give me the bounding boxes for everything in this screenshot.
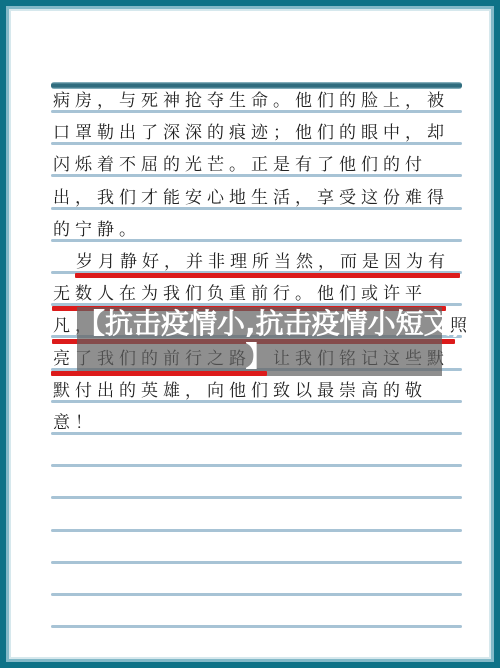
- handwriting-line-3: 闪烁着不屈的光芒。正是有了他们的付: [53, 145, 467, 175]
- ruled-line: [51, 561, 462, 564]
- photo-frame: 病房，与死神抢夺生命。他们的脸上，被 口罩勒出了深深的痕迹；他们的眼中，却 闪烁…: [0, 0, 500, 668]
- ruled-line: [51, 625, 462, 628]
- handwriting-line-6: 岁月静好，并非理所当然，而是因为有: [53, 242, 467, 272]
- handwriting-line-5: 的宁静。: [53, 210, 467, 240]
- notebook-paper: 病房，与死神抢夺生命。他们的脸上，被 口罩勒出了深深的痕迹；他们的眼中，却 闪烁…: [6, 6, 494, 662]
- handwriting-line-4: 出，我们才能安心地生活，享受这份难得: [53, 178, 467, 208]
- overlay-title-line2: 】: [77, 340, 442, 373]
- ruled-line: [51, 593, 462, 596]
- ruled-line: [51, 496, 462, 499]
- handwriting-line-11: 意！: [53, 403, 467, 433]
- handwriting-line-1: 病房，与死神抢夺生命。他们的脸上，被: [53, 81, 467, 111]
- ruled-line: [51, 529, 462, 532]
- ruled-line: [51, 464, 462, 467]
- handwriting-line-7: 无数人在为我们负重前行。他们或许平: [53, 274, 467, 304]
- overlay-title-line1: 【抗击疫情小,抗击疫情小短文,: [77, 307, 442, 340]
- title-overlay-banner: 【抗击疫情小,抗击疫情小短文, 】: [77, 307, 442, 376]
- handwriting-line-2: 口罩勒出了深深的痕迹；他们的眼中，却: [53, 113, 467, 143]
- red-underline-line6: [75, 273, 460, 278]
- red-underline-line9: [51, 371, 267, 376]
